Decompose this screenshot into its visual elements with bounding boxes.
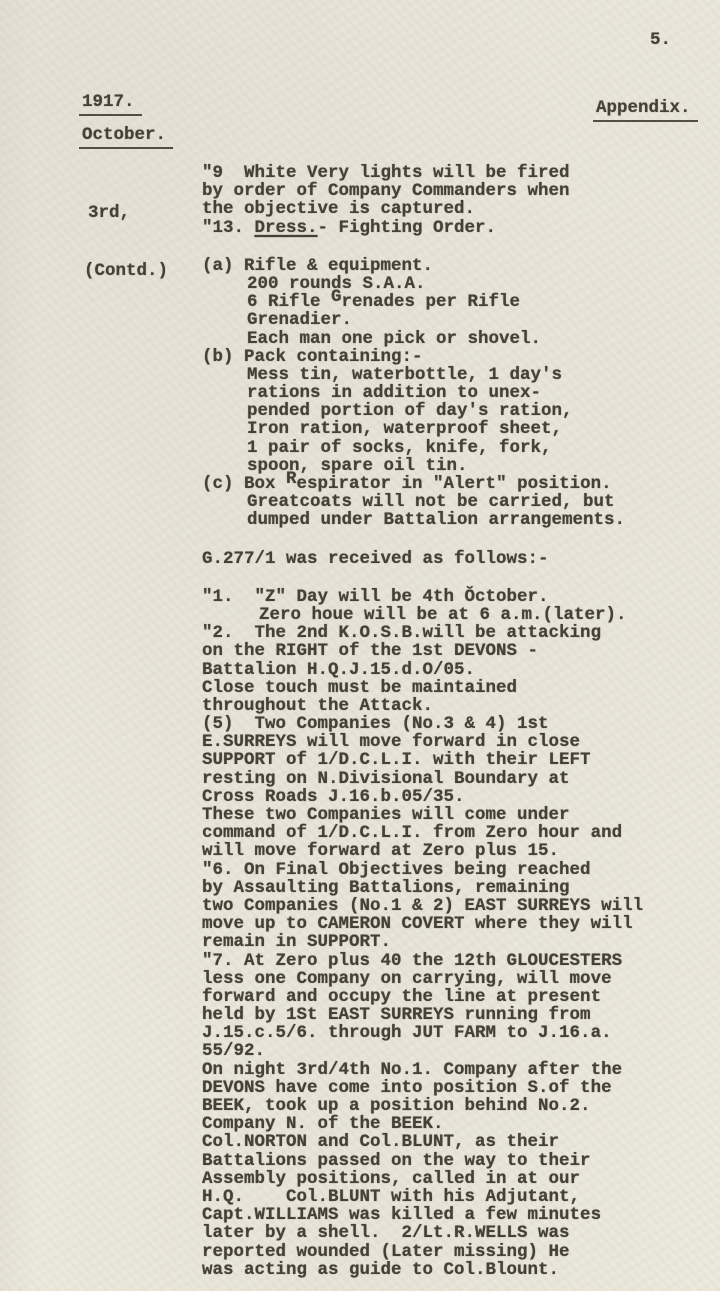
text-segment: These two Companies will come under <box>202 805 570 825</box>
text-segment: Battalions passed on the way to their <box>202 1151 591 1171</box>
text-line: two Companies (No.1 & 2) EAST SURREYS wi… <box>202 897 702 915</box>
date-label: 3rd, <box>84 204 168 222</box>
text-line: Each man one pick or shovel. <box>202 330 702 348</box>
appendix-heading: Appendix. <box>596 98 698 122</box>
text-line: on the RIGHT of the 1st DEVONS - <box>202 642 702 660</box>
text-segment: "6. On Final Objectives being reached <box>202 860 591 880</box>
text-line: Zero houe will be at 6 a.m.(later). <box>202 606 702 624</box>
raised-character: G <box>331 287 342 307</box>
scanned-page: 5. 1917. Appendix. October. 3rd, (Contd.… <box>0 0 720 1291</box>
text-line: move up to CAMERON COVERT where they wil… <box>202 915 702 933</box>
text-segment: SUPPORT of 1/D.C.L.I. with their LEFT <box>202 750 591 770</box>
text-segment: resting on N.Divisional Boundary at <box>202 769 570 789</box>
text-line: held by 1St EAST SURREYS running from <box>202 1006 702 1024</box>
year-heading: 1917. <box>82 92 142 116</box>
text-line: "6. On Final Objectives being reached <box>202 861 702 879</box>
text-line: Grenadier. <box>202 311 702 329</box>
year-heading-text: 1917. <box>79 92 142 116</box>
text-line: H.Q. Col.BLUNT with his Adjutant, <box>202 1188 702 1206</box>
text-segment: - Fighting Order. <box>318 218 497 238</box>
text-segment: the objective is captured. <box>202 199 475 219</box>
text-line: less one Company on carrying, will move <box>202 970 702 988</box>
text-line: "2. The 2nd K.O.S.B.will be attacking <box>202 624 702 642</box>
text-segment: two Companies (No.1 & 2) EAST SURREYS wi… <box>202 896 643 916</box>
blank-line <box>202 530 702 550</box>
text-line: spoon, spare oil tin. <box>202 457 702 475</box>
text-line: Mess tin, waterbottle, 1 day's <box>202 366 702 384</box>
text-line: command of 1/D.C.L.I. from Zero hour and <box>202 824 702 842</box>
text-segment: Assembly positions, called in at our <box>202 1169 580 1189</box>
text-segment: Cross Roads J.16.b.05/35. <box>202 787 465 807</box>
text-segment: On night 3rd/4th No.1. Company after the <box>202 1060 622 1080</box>
appendix-heading-text: Appendix. <box>593 98 698 122</box>
text-line: reported wounded (Later missing) He <box>202 1243 702 1261</box>
text-line: remain in SUPPORT. <box>202 933 702 951</box>
text-segment: spoon, spare oil tin. <box>247 456 468 476</box>
text-segment: Battalion H.Q.J.15.d.O/05. <box>202 660 475 680</box>
text-line: SUPPORT of 1/D.C.L.I. with their LEFT <box>202 751 702 769</box>
text-line: by Assaulting Battalions, remaining <box>202 879 702 897</box>
text-segment: 1 pair of socks, knife, fork, <box>247 438 552 458</box>
text-segment: (c) Box <box>202 474 286 494</box>
text-line: These two Companies will come under <box>202 806 702 824</box>
text-segment: Each man one pick or shovel. <box>247 329 541 349</box>
text-segment: "9 White Very lights will be fired <box>202 163 570 183</box>
text-line: "1. "Z" Day will be 4th Ŏctober. <box>202 588 702 606</box>
text-segment: was acting as guide to Col.Blount. <box>202 1260 559 1280</box>
text-line: Capt.WILLIAMS was killed a few minutes <box>202 1206 702 1224</box>
text-segment: "1. "Z" Day will be 4th Ŏctober. <box>202 587 549 607</box>
text-line: (b) Pack containing:- <box>202 348 702 366</box>
text-segment: (b) Pack containing:- <box>202 347 423 367</box>
text-segment: (a) Rifle & equipment. <box>202 256 433 276</box>
text-line: E.SURREYS will move forward in close <box>202 733 702 751</box>
text-line: 1 pair of socks, knife, fork, <box>202 439 702 457</box>
text-segment: 55/92. <box>202 1041 265 1061</box>
text-line: (c) Box Respirator in "Alert" position. <box>202 475 702 493</box>
text-line: resting on N.Divisional Boundary at <box>202 770 702 788</box>
text-line: will move forward at Zero plus 15. <box>202 842 702 860</box>
month-heading: October. <box>82 125 173 149</box>
page-number: 5. <box>650 30 671 50</box>
text-segment: Close touch must be maintained <box>202 678 517 698</box>
text-segment: remain in SUPPORT. <box>202 932 391 952</box>
text-segment: "7. At Zero plus 40 the 12th GLOUCESTERS <box>202 951 622 971</box>
text-segment: on the RIGHT of the 1st DEVONS - <box>202 641 538 661</box>
text-line: "13. Dress.- Fighting Order. <box>202 219 702 237</box>
underlined-text: Dress. <box>255 218 318 238</box>
text-line: 6 Rifle Grenades per Rifle <box>202 293 702 311</box>
text-line: "9 White Very lights will be fired <box>202 164 702 182</box>
text-line: On night 3rd/4th No.1. Company after the <box>202 1061 702 1079</box>
text-line: "7. At Zero plus 40 the 12th GLOUCESTERS <box>202 952 702 970</box>
text-line: later by a shell. 2/Lt.R.WELLS was <box>202 1224 702 1242</box>
text-line: Assembly positions, called in at our <box>202 1170 702 1188</box>
text-segment: DEVONS have come into position S.of the <box>202 1078 612 1098</box>
text-line: Battalions passed on the way to their <box>202 1152 702 1170</box>
text-segment: Zero houe will be at 6 a.m.(later). <box>259 605 627 625</box>
date-column: 3rd, (Contd.) <box>84 164 168 320</box>
text-segment: G.277/1 was received as follows:- <box>202 549 549 569</box>
month-heading-text: October. <box>79 125 173 149</box>
text-segment: Iron ration, waterproof sheet, <box>247 419 562 439</box>
text-segment: forward and occupy the line at present <box>202 987 601 1007</box>
text-segment: less one Company on carrying, will move <box>202 969 612 989</box>
text-line: pended portion of day's ration, <box>202 402 702 420</box>
text-line: rations in addition to unex- <box>202 384 702 402</box>
text-line: Col.NORTON and Col.BLUNT, as their <box>202 1133 702 1151</box>
text-line: throughout the Attack. <box>202 697 702 715</box>
text-line: Close touch must be maintained <box>202 679 702 697</box>
text-segment: Col.NORTON and Col.BLUNT, as their <box>202 1132 559 1152</box>
document-body: "9 White Very lights will be firedby ord… <box>202 164 702 1279</box>
text-line: forward and occupy the line at present <box>202 988 702 1006</box>
text-line: DEVONS have come into position S.of the <box>202 1079 702 1097</box>
text-segment: by Assaulting Battalions, remaining <box>202 878 570 898</box>
text-line: Battalion H.Q.J.15.d.O/05. <box>202 661 702 679</box>
text-line: Cross Roads J.16.b.05/35. <box>202 788 702 806</box>
text-segment: throughout the Attack. <box>202 696 433 716</box>
text-line: Greatcoats will not be carried, but <box>202 493 702 511</box>
text-segment: H.Q. Col.BLUNT with his Adjutant, <box>202 1187 580 1207</box>
date-contd-label: (Contd.) <box>84 262 168 280</box>
text-segment: Mess tin, waterbottle, 1 day's <box>247 365 562 385</box>
text-segment: "13. <box>202 218 255 238</box>
text-line: the objective is captured. <box>202 200 702 218</box>
text-line: J.15.c.5/6. through JUT FARM to J.16.a. <box>202 1024 702 1042</box>
blank-line <box>202 237 702 257</box>
text-segment: dumped under Battalion arrangements. <box>247 510 625 530</box>
text-line: 200 rounds S.A.A. <box>202 275 702 293</box>
text-line: Company N. of the BEEK. <box>202 1115 702 1133</box>
text-segment: reported wounded (Later missing) He <box>202 1242 570 1262</box>
text-line: (5) Two Companies (No.3 & 4) 1st <box>202 715 702 733</box>
text-line: Iron ration, waterproof sheet, <box>202 420 702 438</box>
text-line: was acting as guide to Col.Blount. <box>202 1261 702 1279</box>
blank-line <box>202 568 702 588</box>
text-line: (a) Rifle & equipment. <box>202 257 702 275</box>
text-segment: BEEK, took up a position behind No.2. <box>202 1096 591 1116</box>
text-line: G.277/1 was received as follows:- <box>202 550 702 568</box>
text-line: dumped under Battalion arrangements. <box>202 511 702 529</box>
text-segment: Grenadier. <box>247 310 352 330</box>
text-segment: will move forward at Zero plus 15. <box>202 841 559 861</box>
text-segment: espirator in "Alert" position. <box>297 474 612 494</box>
text-segment: later by a shell. 2/Lt.R.WELLS was <box>202 1223 570 1243</box>
text-line: 55/92. <box>202 1042 702 1060</box>
raised-character: R <box>286 469 297 489</box>
text-segment: renades per Rifle <box>342 292 521 312</box>
text-line: by order of Company Commanders when <box>202 182 702 200</box>
text-line: BEEK, took up a position behind No.2. <box>202 1097 702 1115</box>
